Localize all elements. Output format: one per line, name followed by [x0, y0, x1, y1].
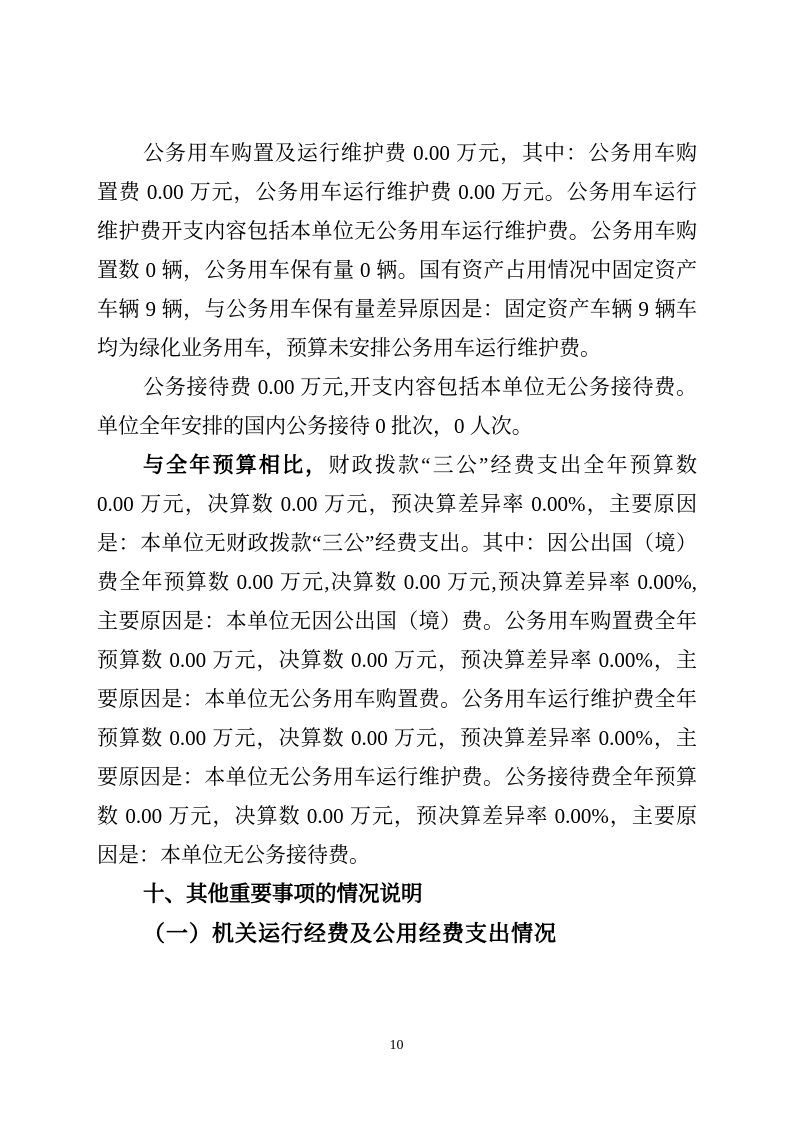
- text-line: 公务接待费 0.00 万元,开支内容包括本单位无公务接待费。: [97, 368, 697, 407]
- text-line: 单位全年安排的国内公务接待 0 批次，0 人次。: [97, 407, 697, 446]
- text-line: 公务用车购置及运行维护费 0.00 万元，其中：公务用车购: [97, 134, 697, 173]
- text-line: 与全年预算相比，财政拨款“三公”经费支出全年预算数: [97, 446, 697, 485]
- text-line: 置费 0.00 万元，公务用车运行维护费 0.00 万元。公务用车运行: [97, 173, 697, 212]
- text-line: 数 0.00 万元，决算数 0.00 万元，预决算差异率 0.00%，主要原: [97, 797, 697, 836]
- text-segment: 均为绿化业务用车，预算未安排公务用车运行维护费。: [97, 336, 601, 360]
- text-line: 费全年预算数 0.00 万元,决算数 0.00 万元,预决算差异率 0.00%,: [97, 563, 697, 602]
- subsection-heading: （一）机关运行经费及公用经费支出情况: [97, 914, 697, 953]
- text-segment: 车辆 9 辆，与公务用车保有量差异原因是：固定资产车辆 9 辆车: [97, 297, 697, 321]
- document-page: 公务用车购置及运行维护费 0.00 万元，其中：公务用车购置费 0.00 万元，…: [0, 0, 793, 1122]
- text-line: 主要原因是：本单位无因公出国（境）费。公务用车购置费全年: [97, 602, 697, 641]
- text-segment: 置费 0.00 万元，公务用车运行维护费 0.00 万元。公务用车运行: [97, 180, 697, 204]
- text-line: 0.00 万元，决算数 0.00 万元，预决算差异率 0.00%，主要原因: [97, 485, 697, 524]
- text-segment: 公务用车购置及运行维护费 0.00 万元，其中：公务用车购: [143, 141, 697, 165]
- text-segment: 要原因是：本单位无公务用车购置费。公务用车运行维护费全年: [97, 687, 697, 711]
- text-line: 车辆 9 辆，与公务用车保有量差异原因是：固定资产车辆 9 辆车: [97, 290, 697, 329]
- bold-text-segment: 与全年预算相比，: [143, 453, 328, 477]
- document-body: 公务用车购置及运行维护费 0.00 万元，其中：公务用车购置费 0.00 万元，…: [97, 134, 697, 953]
- text-segment: 要原因是：本单位无公务用车运行维护费。公务接待费全年预算: [97, 765, 697, 789]
- text-segment: 公务接待费 0.00 万元,开支内容包括本单位无公务接待费。: [143, 375, 697, 399]
- text-segment: 置数 0 辆，公务用车保有量 0 辆。国有资产占用情况中固定资产: [97, 258, 697, 282]
- text-line: 维护费开支内容包括本单位无公务用车运行维护费。公务用车购: [97, 212, 697, 251]
- text-segment: 预算数 0.00 万元，决算数 0.00 万元，预决算差异率 0.00%，主: [97, 648, 697, 672]
- text-segment: 费全年预算数 0.00 万元,决算数 0.00 万元,预决算差异率 0.00%,: [97, 570, 697, 594]
- text-segment: 是：本单位无财政拨款“三公”经费支出。其中：因公出国（境）: [97, 531, 697, 555]
- text-line: 要原因是：本单位无公务用车购置费。公务用车运行维护费全年: [97, 680, 697, 719]
- text-segment: 单位全年安排的国内公务接待 0 批次，0 人次。: [97, 414, 533, 438]
- bold-text-segment: （一）机关运行经费及公用经费支出情况: [143, 921, 557, 946]
- text-segment: 数 0.00 万元，决算数 0.00 万元，预决算差异率 0.00%，主要原: [97, 804, 697, 828]
- text-line: 预算数 0.00 万元，决算数 0.00 万元，预决算差异率 0.00%，主: [97, 641, 697, 680]
- text-line: 要原因是：本单位无公务用车运行维护费。公务接待费全年预算: [97, 758, 697, 797]
- text-segment: 预算数 0.00 万元，决算数 0.00 万元，预决算差异率 0.00%，主: [97, 726, 697, 750]
- bold-text-segment: 十、其他重要事项的情况说明: [143, 882, 423, 906]
- text-line: 是：本单位无财政拨款“三公”经费支出。其中：因公出国（境）: [97, 524, 697, 563]
- text-line: 均为绿化业务用车，预算未安排公务用车运行维护费。: [97, 329, 697, 368]
- text-line: 置数 0 辆，公务用车保有量 0 辆。国有资产占用情况中固定资产: [97, 251, 697, 290]
- section-heading: 十、其他重要事项的情况说明: [97, 875, 697, 914]
- text-line: 预算数 0.00 万元，决算数 0.00 万元，预决算差异率 0.00%，主: [97, 719, 697, 758]
- text-segment: 主要原因是：本单位无因公出国（境）费。公务用车购置费全年: [97, 609, 697, 633]
- text-segment: 维护费开支内容包括本单位无公务用车运行维护费。公务用车购: [97, 219, 697, 243]
- page-number: 10: [0, 1036, 793, 1056]
- text-segment: 财政拨款“三公”经费支出全年预算数: [328, 453, 697, 477]
- text-segment: 因是：本单位无公务接待费。: [97, 843, 370, 867]
- text-segment: 0.00 万元，决算数 0.00 万元，预决算差异率 0.00%，主要原因: [97, 492, 697, 516]
- text-line: 因是：本单位无公务接待费。: [97, 836, 697, 875]
